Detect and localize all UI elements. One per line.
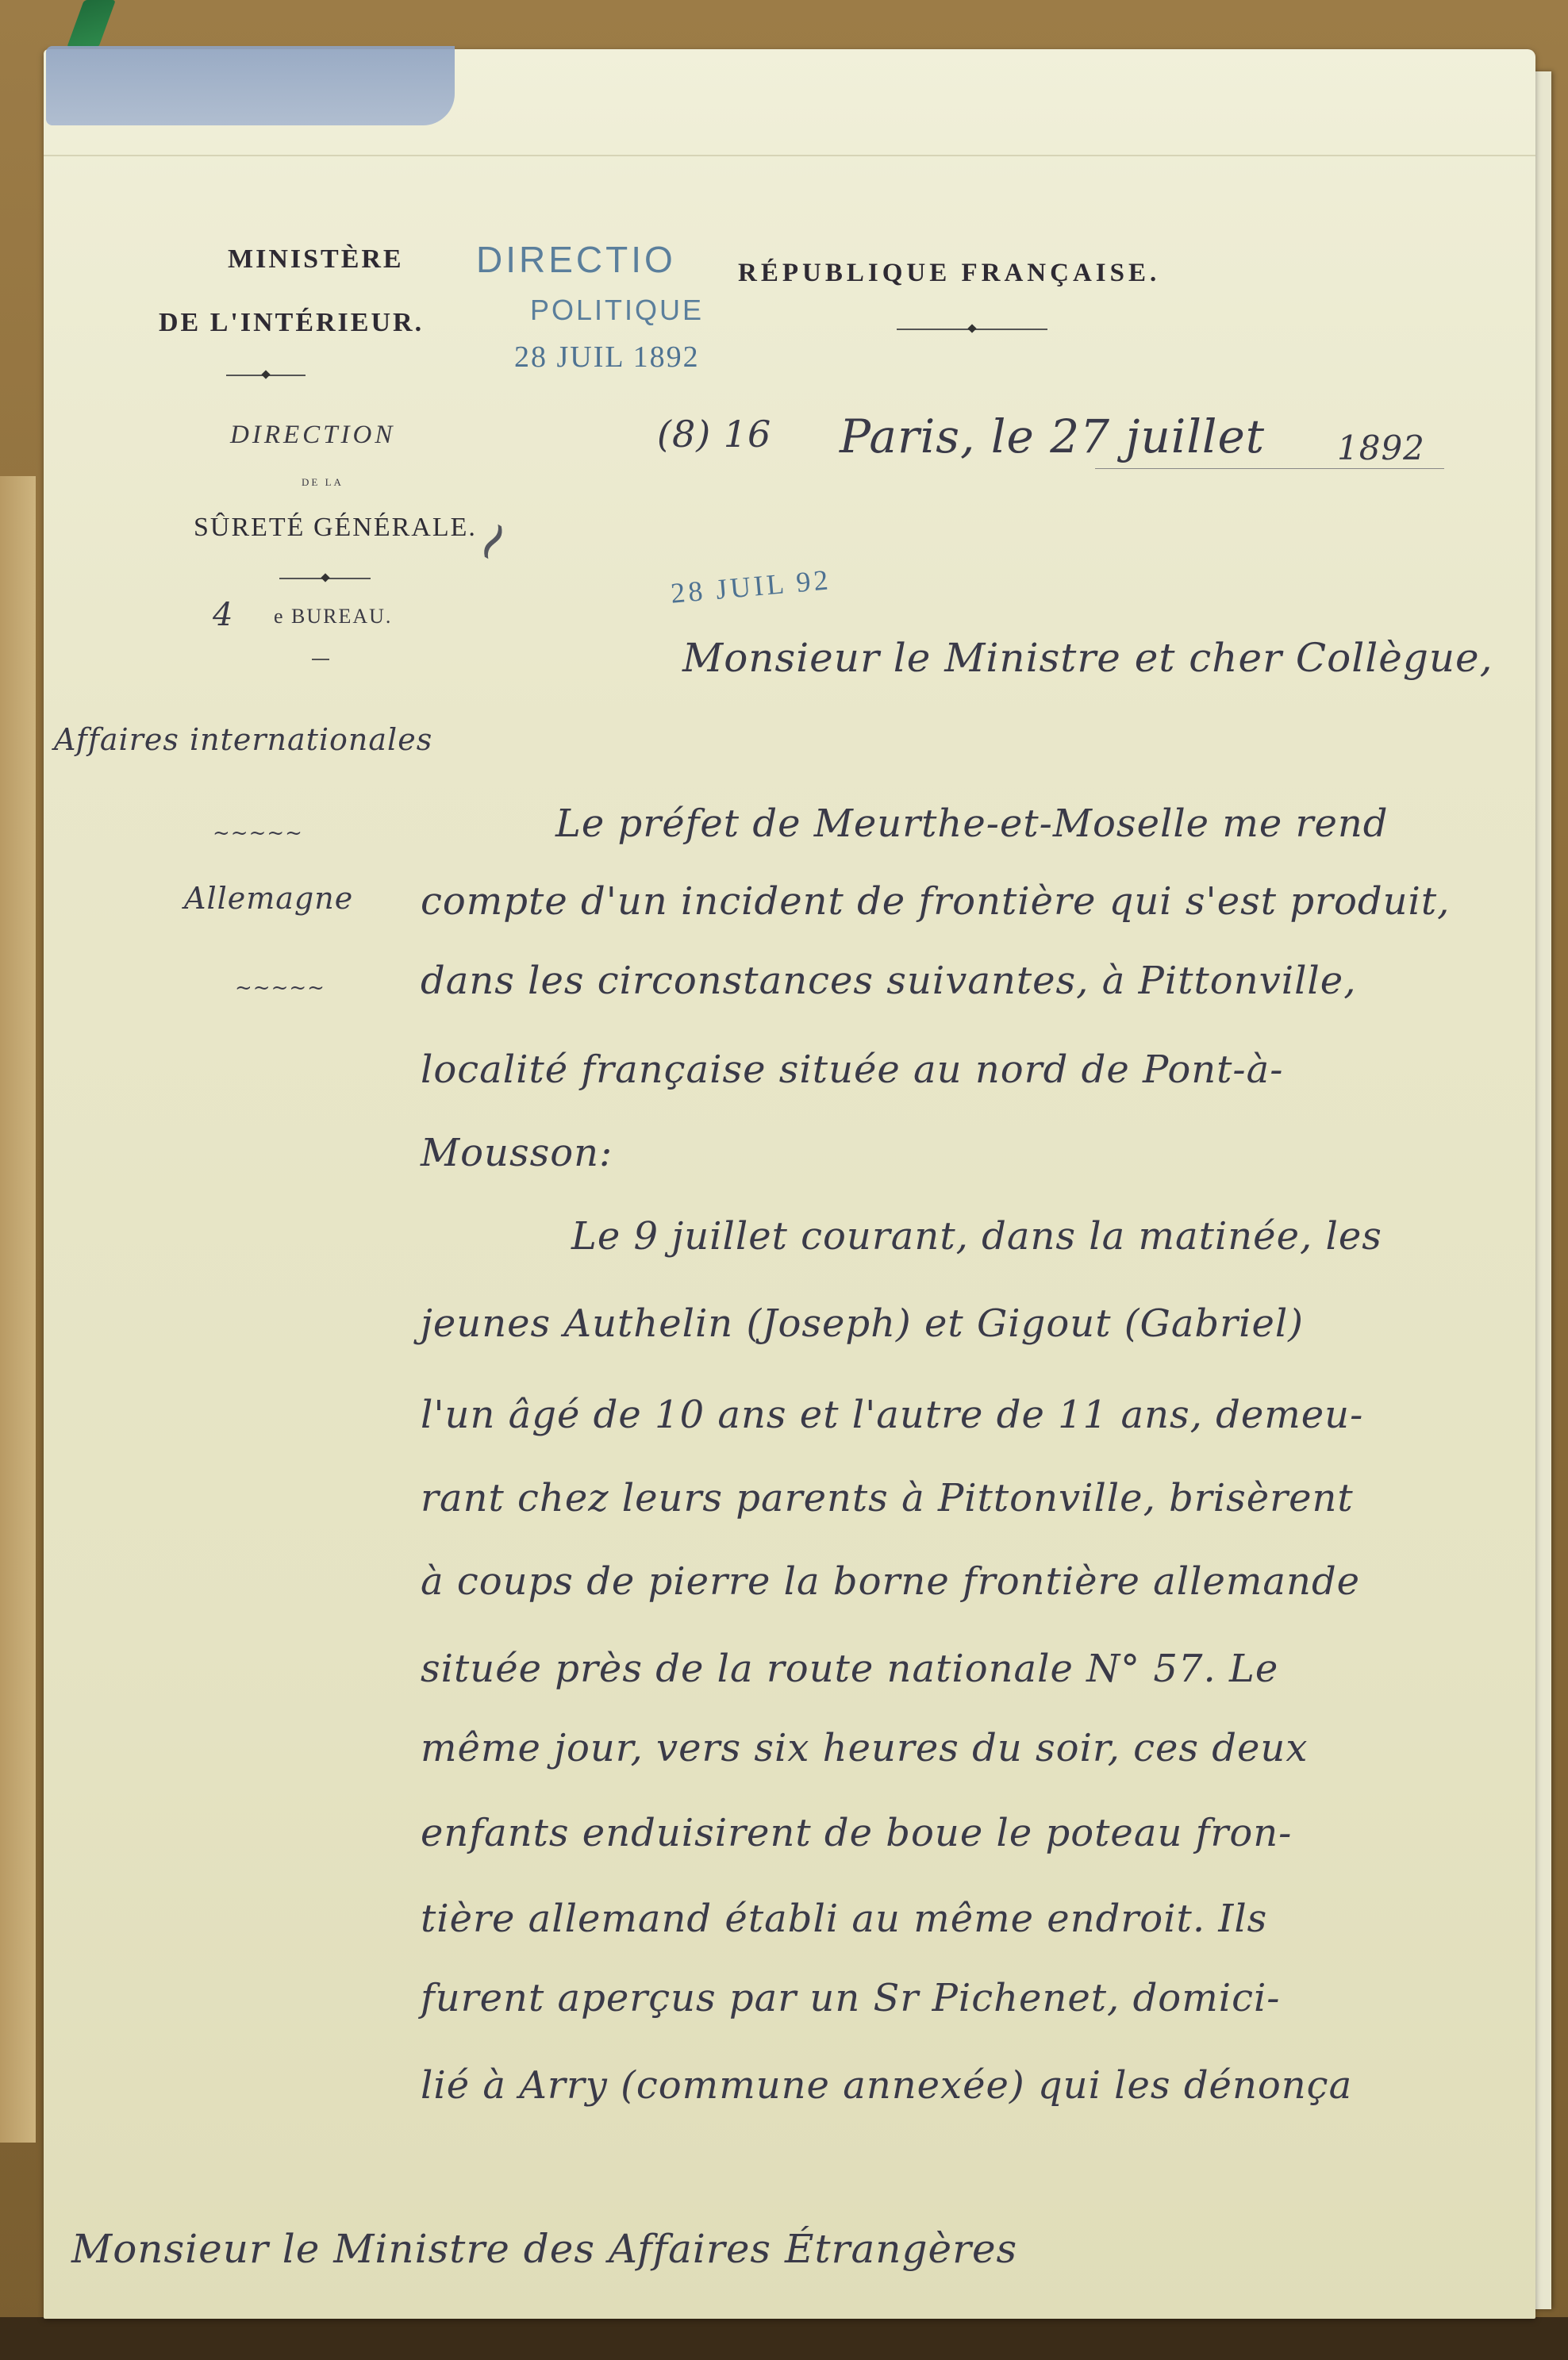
body-line: Le 9 juillet courant, dans la matinée, l… [571, 1214, 1382, 1259]
bottom-shadow [0, 2317, 1568, 2360]
division-de-la: DE LA [302, 476, 344, 489]
body-line: furent aperçus par un Sr Pichenet, domic… [421, 1976, 1281, 2020]
body-line: l'un âgé de 10 ans et l'autre de 11 ans,… [421, 1393, 1363, 1437]
body-line: jeunes Authelin (Joseph) et Gigout (Gabr… [421, 1301, 1304, 1346]
letterhead-ministere: MINISTÈRE [228, 244, 404, 275]
letterhead-republique: RÉPUBLIQUE FRANÇAISE. [738, 259, 1160, 288]
salutation: Monsieur le Ministre et cher Collègue, [682, 635, 1493, 681]
stamp-direction-date: 28 JUIL 1892 [514, 340, 700, 375]
ornamental-rule [279, 578, 371, 579]
ornamental-rule [897, 329, 1047, 330]
folder-tab [46, 46, 455, 125]
addressee-footer: Monsieur le Ministre des Affaires Étrang… [71, 2226, 1017, 2272]
stamp-direction-line2: POLITIQUE [530, 294, 704, 327]
margin-note-subject: Affaires internationales [54, 722, 432, 757]
body-line: Mousson: [421, 1131, 613, 1175]
date-year: 1892 [1337, 429, 1425, 467]
reference-annotation: (8) 16 [657, 413, 771, 455]
letterhead-interieur: DE L'INTÉRIEUR. [159, 308, 424, 338]
body-line: même jour, vers six heures du soir, ces … [421, 1726, 1308, 1770]
short-rule [312, 659, 329, 660]
body-line: Le préfet de Meurthe-et-Moselle me rend [555, 801, 1389, 846]
underlying-sheet-left [0, 476, 36, 2143]
body-line: compte d'un incident de frontière qui s'… [421, 879, 1450, 924]
body-line: située près de la route nationale N° 57.… [421, 1647, 1278, 1691]
body-line: dans les circonstances suivantes, à Pitt… [421, 959, 1356, 1003]
date-underline [1095, 468, 1444, 469]
body-line: à coups de pierre la borne frontière all… [421, 1559, 1360, 1604]
date-line: Paris, le 27 juillet [840, 409, 1265, 463]
stamp-direction-line1: DIRECTIO [476, 238, 676, 281]
body-line: localité française située au nord de Pon… [421, 1047, 1283, 1092]
ornamental-rule [226, 375, 306, 376]
division-surete-generale: SÛRETÉ GÉNÉRALE. [194, 513, 477, 543]
body-line: enfants enduisirent de boue le poteau fr… [421, 1811, 1292, 1855]
paper-fold-line [44, 155, 1535, 156]
body-line: lié à Arry (commune annexée) qui les dén… [421, 2063, 1352, 2108]
bureau-label: e BUREAU. [274, 605, 392, 628]
margin-squiggle: ~~~~~ [235, 976, 325, 1000]
body-line: tière allemand établi au même endroit. I… [421, 1897, 1267, 1941]
margin-squiggle: ~~~~~ [213, 821, 303, 845]
division-direction: DIRECTION [230, 421, 395, 450]
body-line: rant chez leurs parents à Pittonville, b… [421, 1476, 1354, 1520]
margin-note-country: Allemagne [184, 881, 353, 916]
bureau-number: 4 [213, 597, 233, 633]
